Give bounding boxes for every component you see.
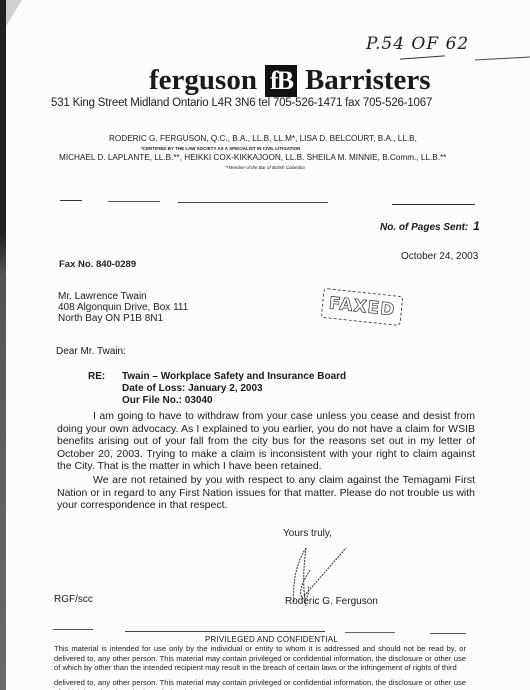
pages-sent: No. of Pages Sent: 1 [380, 219, 480, 233]
re-label: RE: [88, 371, 105, 382]
firm-logo: fB [265, 65, 297, 97]
divider-segment [60, 200, 82, 201]
confidentiality-notice: This material is intended for use only b… [54, 644, 466, 673]
signer-name: Roderic G. Ferguson [285, 596, 378, 607]
recipient-name: Mr. Lawrence Twain [58, 291, 188, 302]
partners-line-1: RODERIC G. FERGUSON, Q.C., B.A., LL.B, L… [109, 134, 417, 143]
handwritten-underline [400, 55, 445, 59]
footer-divider [430, 633, 466, 634]
closing: Yours truly, [283, 528, 332, 539]
divider-segment [392, 204, 475, 205]
salutation: Dear Mr. Twain: [56, 346, 126, 357]
letter-date: October 24, 2003 [401, 251, 478, 262]
fax-number: Fax No. 840-0289 [59, 259, 136, 270]
pages-sent-label: No. of Pages Sent: [380, 222, 468, 233]
typist-initials: RGF/scc [54, 594, 93, 605]
firm-address: 531 King Street Midland Ontario L4R 3N6 … [51, 97, 432, 109]
footer-divider [345, 632, 395, 633]
pages-sent-value: 1 [473, 219, 480, 233]
partners-line-2: MICHAEL D. LAPLANTE, LL.B.**, HEIKKI COX… [59, 153, 446, 162]
divider-segment [108, 201, 160, 202]
recipient-address: Mr. Lawrence Twain 408 Algonquin Drive, … [58, 291, 188, 324]
re-block: Twain – Workplace Safety and Insurance B… [122, 371, 346, 407]
confidentiality-title: PRIVILEGED AND CONFIDENTIAL [205, 635, 338, 644]
page-marker-handwritten: P.54 OF 62 [366, 34, 469, 54]
body-paragraph-2: We are not retained by you with respect … [57, 474, 475, 512]
scan-border [0, 0, 6, 690]
scan-corner-artifact [6, 0, 22, 26]
re-date-of-loss: Date of Loss: January 2, 2003 [122, 383, 346, 395]
recipient-street: 408 Algonquin Drive, Box 111 [58, 302, 188, 313]
faxed-stamp: FAXED [321, 288, 404, 326]
footer-divider [53, 629, 93, 630]
certification-note: *CERTIFIED BY THE LAW SOCIETY AS A SPECI… [141, 146, 300, 151]
re-subject: Twain – Workplace Safety and Insurance B… [122, 371, 346, 383]
body-paragraph-1: I am going to have to withdraw from your… [57, 410, 475, 473]
firm-name-right: Barristers [305, 64, 431, 97]
divider-segment [178, 202, 328, 203]
footer-divider [125, 631, 325, 632]
handwritten-stroke [475, 57, 530, 61]
letterhead-brand: ferguson fB Barristers [149, 64, 431, 97]
recipient-city: North Bay ON P1B 8N1 [58, 313, 188, 324]
re-file-number: Our File No.: 03040 [122, 395, 346, 407]
firm-name-left: ferguson [149, 64, 257, 97]
confidentiality-notice-repeat: delivered to, any other person. This mat… [54, 678, 466, 690]
bar-membership-note: **Member of the Bar of British Columbia [225, 165, 305, 170]
